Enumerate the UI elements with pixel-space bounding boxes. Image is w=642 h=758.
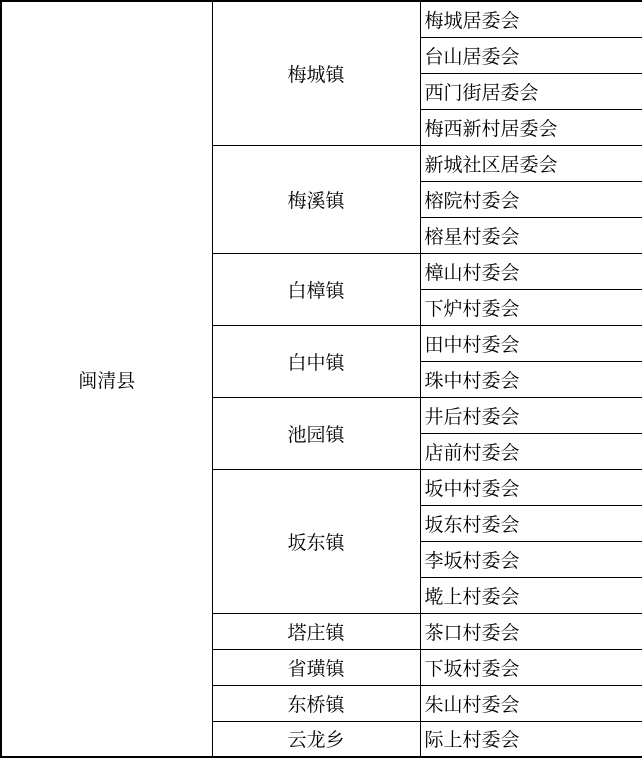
village-cell: 墘上村委会 (420, 577, 642, 613)
village-cell: 店前村委会 (420, 433, 642, 469)
village-cell: 下炉村委会 (420, 289, 642, 325)
town-cell: 东桥镇 (212, 685, 420, 721)
admin-table-body: 闽清县梅城镇梅城居委会台山居委会西门街居委会梅西新村居委会梅溪镇新城社区居委会榕… (1, 1, 642, 757)
town-cell: 坂东镇 (212, 469, 420, 613)
village-cell: 下坂村委会 (420, 649, 642, 685)
town-cell: 塔庄镇 (212, 613, 420, 649)
town-cell: 省璜镇 (212, 649, 420, 685)
village-cell: 田中村委会 (420, 325, 642, 361)
village-cell: 樟山村委会 (420, 253, 642, 289)
village-cell: 西门街居委会 (420, 73, 642, 109)
town-cell: 白樟镇 (212, 253, 420, 325)
town-cell: 梅城镇 (212, 1, 420, 145)
village-cell: 新城社区居委会 (420, 145, 642, 181)
village-cell: 茶口村委会 (420, 613, 642, 649)
village-cell: 坂中村委会 (420, 469, 642, 505)
village-cell: 梅城居委会 (420, 1, 642, 37)
village-cell: 榕院村委会 (420, 181, 642, 217)
village-cell: 李坂村委会 (420, 541, 642, 577)
village-cell: 榕星村委会 (420, 217, 642, 253)
village-cell: 珠中村委会 (420, 361, 642, 397)
table-row: 闽清县梅城镇梅城居委会 (1, 1, 642, 37)
village-cell: 梅西新村居委会 (420, 109, 642, 145)
town-cell: 池园镇 (212, 397, 420, 469)
village-cell: 井后村委会 (420, 397, 642, 433)
admin-divisions-table: 闽清县梅城镇梅城居委会台山居委会西门街居委会梅西新村居委会梅溪镇新城社区居委会榕… (0, 0, 642, 758)
town-cell: 云龙乡 (212, 721, 420, 757)
town-cell: 白中镇 (212, 325, 420, 397)
village-cell: 坂东村委会 (420, 505, 642, 541)
village-cell: 台山居委会 (420, 37, 642, 73)
village-cell: 际上村委会 (420, 721, 642, 757)
town-cell: 梅溪镇 (212, 145, 420, 253)
document-page: 闽清县梅城镇梅城居委会台山居委会西门街居委会梅西新村居委会梅溪镇新城社区居委会榕… (0, 0, 642, 758)
county-cell: 闽清县 (1, 1, 212, 757)
village-cell: 朱山村委会 (420, 685, 642, 721)
